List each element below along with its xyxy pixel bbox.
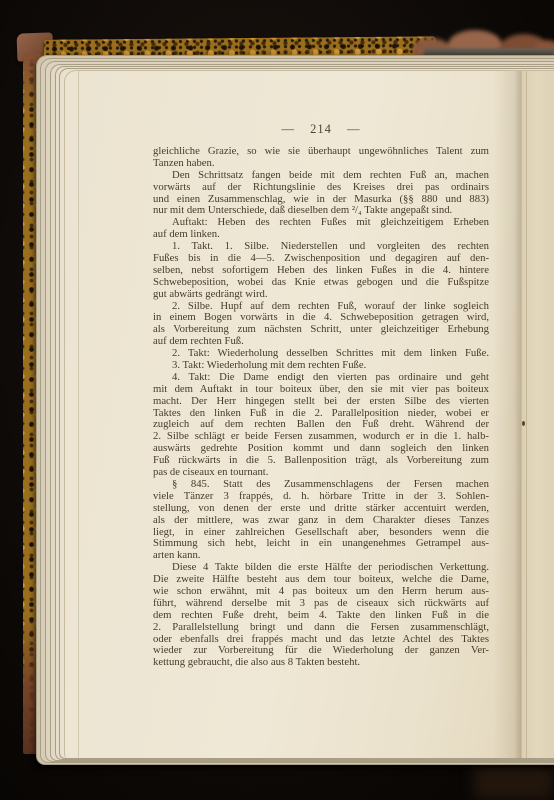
text-line: arten kann. (153, 550, 489, 562)
text-line: § 845. Statt des Zusammenschlagens der F… (153, 479, 489, 491)
text-line: Diese 4 Takte bilden die erste Hälfte de… (153, 562, 489, 574)
text-line: auf dem linken. (153, 229, 489, 241)
text-line: auswärts gedrehte Position kommt und dan… (153, 443, 489, 455)
text-line: macht. Der Herr hingegen stellt bei der … (153, 396, 489, 408)
text-line: Den Schrittsatz fangen beide mit dem rec… (153, 170, 489, 182)
text-line: wieder zur Vorbereitung für die Wiederho… (153, 645, 489, 657)
text-line: zugleich auf dem rechten Ballen den Fuß … (153, 419, 489, 431)
text-line: kettung gebraucht, die also aus 8 Takten… (153, 657, 489, 669)
text-line: mit dem Auftakt in tour boiteux über, de… (153, 384, 489, 396)
paper-speck (522, 421, 525, 426)
text-line: 2. Takt: Wiederholung desselben Schritte… (153, 348, 489, 360)
text-line: Stimmung sich hebt, leicht in ein unange… (153, 538, 489, 550)
text-line: 3. Takt: Wiederholung mit dem rechten Fu… (153, 360, 489, 372)
text-line: und einen Zusammenschlag, wie in der Mas… (153, 194, 489, 206)
text-line: dem rechten Fuße dreht, beim 4. Takte de… (153, 610, 489, 622)
text-line: Taktes den linken Fuß in die 2. Parallel… (153, 408, 489, 420)
gutter-shadow (493, 71, 521, 758)
text-line: Fuß rückwärts in die 5. Ballenposition t… (153, 455, 489, 467)
running-header: — 214 — (153, 122, 489, 136)
text-line: 4. Takt: Die Dame endigt den vierten pas… (153, 372, 489, 384)
text-line: Schwebeposition, wobei das Knie etwas ge… (153, 277, 489, 289)
text-line: als der mittlere, was zwar ganz in dem C… (153, 515, 489, 527)
text-line: nur mit dem Unterschiede, daß dieselben … (153, 205, 489, 217)
header-dash-right: — (347, 122, 361, 136)
text-line: vorwärts auf der Richtungslinie des Krei… (153, 182, 489, 194)
text-block: gleichliche Grazie, so wie sie überhaupt… (153, 146, 489, 669)
text-line: auf dem rechten Fuß. (153, 336, 489, 348)
text-line: in einem Bogen vorwärts in die 4. Schweb… (153, 312, 489, 324)
book-page: — 214 — gleichliche Grazie, so wie sie ü… (64, 70, 554, 758)
text-line: 1. Takt. 1. Silbe. Niederstellen und vor… (153, 241, 489, 253)
backdrop-brown-patch (474, 762, 554, 800)
text-line: stellung, von denen der erste und dritte… (153, 503, 489, 515)
text-line: viele Tänzer 3 frappés, d. h. hörbare Tr… (153, 491, 489, 503)
text-line: gleichliche Grazie, so wie sie überhaupt… (153, 146, 489, 158)
page-number: 214 (310, 122, 332, 136)
text-line: Die zweite Hälfte besteht aus dem tour b… (153, 574, 489, 586)
text-line: liegt, in einer zahlreichen Gesellschaft… (153, 527, 489, 539)
text-line: pas de ciseaux en tournant. (153, 467, 489, 479)
page-bend-line (78, 71, 79, 758)
text-line: gut abwärts gedrängt wird. (153, 289, 489, 301)
facing-inner-line (526, 71, 527, 758)
text-line: selben, nebst sofortigem Heben des linke… (153, 265, 489, 277)
text-line: Tanzen haben. (153, 158, 489, 170)
text-line: 2. Parallelstellung bringt und dann die … (153, 622, 489, 634)
text-line: 2. Silbe schlägt er beide Fersen zusamme… (153, 431, 489, 443)
text-line: führt, während derselbe mit 3 pas de cis… (153, 598, 489, 610)
text-line: oder ebenfalls drei frappés macht und da… (153, 634, 489, 646)
text-line: 2. Silbe. Hupf auf dem rechten Fuß, wora… (153, 301, 489, 313)
text-line: Fußes bis in die 4—5. Zwischenposition u… (153, 253, 489, 265)
text-line: wie schon erwähnt, mit 4 pas boiteux um … (153, 586, 489, 598)
header-dash-left: — (282, 122, 296, 136)
text-line: als Vorbereitung zum nächsten Schritt, u… (153, 324, 489, 336)
text-line: Auftakt: Heben des rechten Fußes mit gle… (153, 217, 489, 229)
